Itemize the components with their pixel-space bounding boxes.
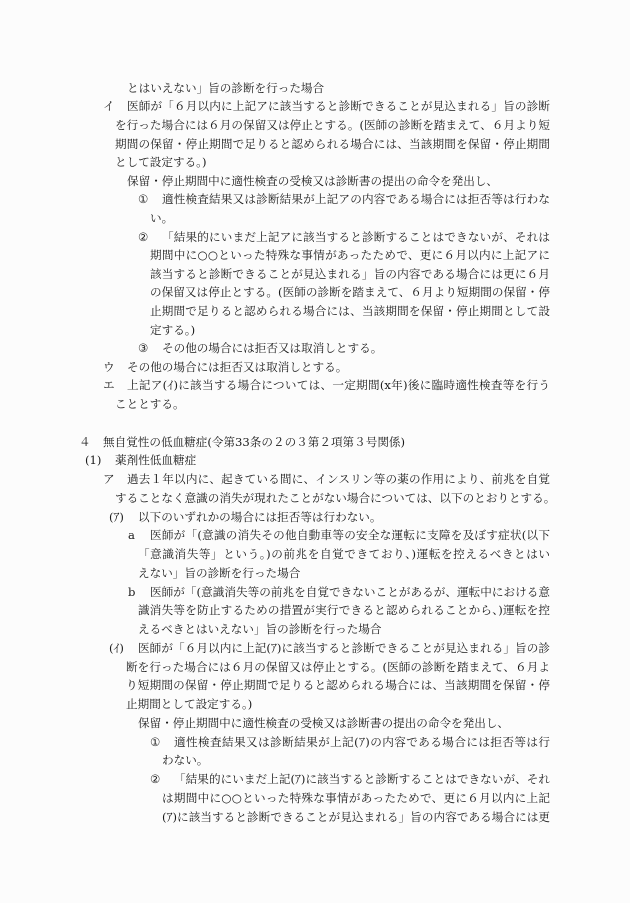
item-i-line: を行った場合には６月の保留又は停止とする。(医師の診断を踏まえて、６月より短 <box>115 116 550 135</box>
item-a-tail-line: とはいえない」旨の診断を行った場合 <box>127 79 324 98</box>
item-u-line: その他の場合には拒否又は取消しとする。 <box>127 358 347 377</box>
case-b-line: 医師が「(意識消失等の前兆を自覚できないことがあるが、運転中における意 <box>150 583 550 602</box>
subsection-marker: (1) <box>85 451 101 470</box>
outcome-marker-1: ① <box>138 190 148 209</box>
sub-i-line: 断を行った場合には６月の保留又は停止とする。(医師の診断を踏まえて、６月よ <box>126 658 550 677</box>
case-marker-b: b <box>128 583 135 602</box>
item-marker-u: ウ <box>103 358 115 377</box>
outcome-marker-2: ② <box>150 770 160 789</box>
item-marker-a: ア <box>103 470 115 489</box>
subsection-title: 薬剤性低血糖症 <box>115 451 196 470</box>
case-marker-a: a <box>128 526 135 545</box>
sub-i-line: 止期間として設定する。) <box>126 695 252 714</box>
sub-a-lead: 以下のいずれかの場合には拒否等は行わない。 <box>138 508 381 527</box>
outcome-2-line: 「結果的にいまだ上記(ｱ)に該当すると診断することはできないが、それ <box>174 770 550 789</box>
sub-i-line: 医師が「６月以内に上記(ｱ)に該当すると診断できることが見込まれる」旨の診 <box>138 639 550 658</box>
case-b-line: 識消失等を防止するための措置が実行できると認められることから、)運転を控 <box>138 601 550 620</box>
item-e-line: こととする。 <box>115 395 185 414</box>
document-page: とはいえない」旨の診断を行った場合 イ 医師が「６月以内に上記アに該当すると診断… <box>0 0 630 903</box>
item-i-line: 医師が「６月以内に上記アに該当すると診断できることが見込まれる」旨の診断 <box>127 97 550 116</box>
item-marker-e: エ <box>103 376 115 395</box>
order-intro-line: 保留・停止期間中に適性検査の受検又は診断書の提出の命令を発出し、 <box>138 714 509 733</box>
outcome-1-line: い。 <box>150 209 173 228</box>
outcome-2-line: (ｱ)に該当すると診断できることが見込まれる」旨の内容である場合には更 <box>162 808 550 827</box>
outcome-2-line: 該当すると診断できることが見込まれる」旨の内容である場合には更に６月 <box>150 265 550 284</box>
sub-i-line: り短期間の保留・停止期間で足りると認められる場合には、当該期間を保留・停 <box>126 676 550 695</box>
outcome-1-line: 適性検査結果又は診断結果が上記アの内容である場合には拒否等は行わな <box>162 190 550 209</box>
case-a-line: えない」旨の診断を行った場合 <box>138 564 300 583</box>
outcome-2-line: 「結果的にいまだ上記アに該当すると診断することはできないが、それは <box>162 228 550 247</box>
section-title: 無自覚性の低血糖症(令第33条の２の３第２項第３号関係) <box>103 433 405 452</box>
outcome-2-line: は期間中に○○といった特殊な事情があったためで、更に６月以内に上記 <box>162 789 550 808</box>
item-e-line: 上記ア(ｲ)に該当する場合については、一定期間(x年)後に臨時適性検査等を行う <box>127 376 550 395</box>
case-a-line: 医師が「(意識の消失その他自動車等の安全な運転に支障を及ぼす症状(以下 <box>150 526 550 545</box>
outcome-marker-3: ③ <box>138 339 148 358</box>
outcome-marker-1: ① <box>150 733 160 752</box>
item-i-line: 期間の保留・停止期間で足りると認められる場合には、当該期間を保留・停止期間 <box>115 135 550 154</box>
case-a-line: 「意識消失等」という。)の前兆を自覚できており、)運転を控えるべきとはい <box>138 545 550 564</box>
outcome-1-line: わない。 <box>162 751 208 770</box>
item-marker-i: イ <box>103 97 115 116</box>
case-b-line: えるべきとはいえない」旨の診断を行った場合 <box>138 620 381 639</box>
order-intro-line: 保留・停止期間中に適性検査の受検又は診断書の提出の命令を発出し、 <box>127 172 498 191</box>
outcome-marker-2: ② <box>138 228 148 247</box>
item-a-line: することなく意識の消失が現れたことがない場合については、以下のとおりとする。 <box>115 489 550 508</box>
item-a-line: 過去１年以内に、起きている間に、インスリン等の薬の作用により、前兆を自覚 <box>127 470 550 489</box>
sub-marker-a: (ｱ) <box>109 508 124 527</box>
outcome-3-line: その他の場合には拒否又は取消しとする。 <box>162 339 382 358</box>
outcome-2-line: 期間中に○○といった特殊な事情があったためで、更に６月以内に上記アに <box>150 246 550 265</box>
outcome-1-line: 適性検査結果又は診断結果が上記(ｱ)の内容である場合には拒否等は行 <box>174 733 550 752</box>
outcome-2-line: 定する。) <box>150 321 195 340</box>
outcome-2-line: の保留又は停止とする。(医師の診断を踏まえて、６月より短期間の保留・停 <box>150 283 550 302</box>
section-number: ４ <box>79 433 91 452</box>
item-i-line: として設定する。) <box>115 153 206 172</box>
sub-marker-i: (ｲ) <box>109 639 124 658</box>
outcome-2-line: 止期間で足りると認められる場合には、当該期間を保留・停止期間として設 <box>150 302 550 321</box>
